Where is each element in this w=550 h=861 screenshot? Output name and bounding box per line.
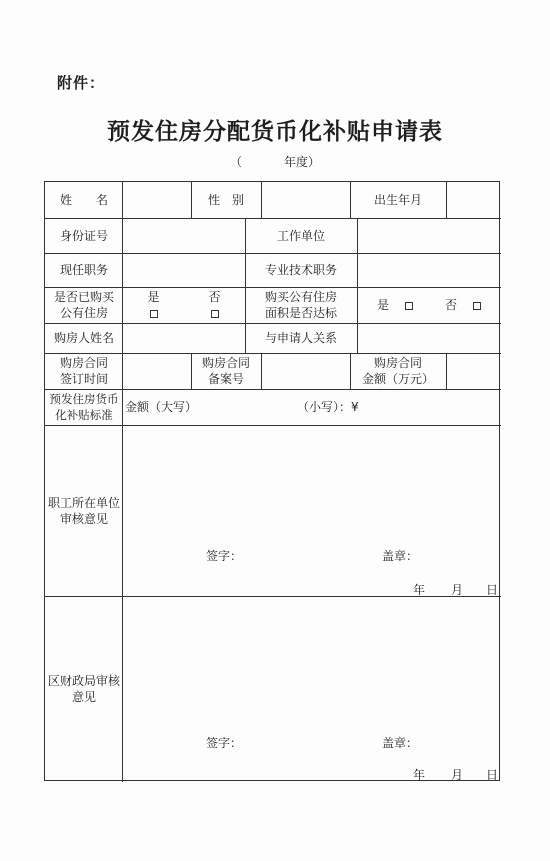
form-title: 预发住房分配货币化补贴申请表	[0, 113, 550, 146]
checkbox-yes[interactable]	[405, 302, 413, 310]
finance-review-sign-label: 签字：	[206, 734, 242, 751]
attachment-label: 附件：	[57, 72, 105, 93]
option-yes[interactable]: 是	[369, 297, 421, 313]
relation-label: 与申请人关系	[245, 323, 357, 353]
gender-field[interactable]	[261, 182, 350, 218]
finance-review-day-label: 日	[486, 766, 498, 783]
area-standard-options: 是 否	[357, 287, 501, 323]
unit-review-seal-label: 盖章：	[382, 547, 418, 564]
contract-amount-field[interactable]	[446, 353, 501, 389]
finance-review-seal-label: 盖章：	[382, 734, 418, 751]
bought-public-housing-label: 是否已购买 公有住房	[45, 287, 123, 323]
unit-review-sign-label: 签字：	[206, 547, 242, 564]
subsidy-standard-label: 预发住房货币 化补贴标准	[45, 389, 123, 425]
finance-review-month-label: 月	[451, 766, 463, 783]
buyer-name-label: 购房人姓名	[45, 323, 123, 353]
option-yes[interactable]: 是	[131, 289, 176, 321]
checkbox-no[interactable]	[211, 310, 219, 318]
contract-amount-label: 购房合同 金额（万元）	[350, 353, 446, 389]
position-field[interactable]	[123, 253, 245, 287]
tech-position-label: 专业技术职务	[245, 253, 357, 287]
finance-review-opinion-area[interactable]	[123, 596, 501, 782]
amount-lower-label: （小写）：¥	[297, 398, 359, 415]
id-number-label: 身份证号	[45, 218, 123, 253]
id-number-field[interactable]	[123, 218, 245, 253]
amount-upper-label: 金额（大写）	[125, 398, 197, 415]
contract-record-no-field[interactable]	[261, 353, 350, 389]
gender-label: 性 别	[191, 182, 261, 218]
unit-review-opinion-area[interactable]	[123, 425, 501, 596]
finance-review-label: 区财政局审核 意见	[45, 596, 123, 782]
work-unit-field[interactable]	[357, 218, 501, 253]
unit-review-label: 职工所在单位 审核意见	[45, 425, 123, 596]
application-form-table: 姓 名 性 别 出生年月 身份证号 工作单位 现任职务 专业技术职务 是否已购买…	[44, 181, 500, 781]
checkbox-no[interactable]	[473, 302, 481, 310]
year-line: （年度）	[0, 153, 550, 170]
area-standard-label: 购买公有住房 面积是否达标	[245, 287, 357, 323]
year-open-paren: （	[230, 155, 242, 169]
checkbox-yes[interactable]	[150, 310, 158, 318]
buyer-name-field[interactable]	[123, 323, 245, 353]
finance-review-year-label: 年	[413, 766, 425, 783]
option-no[interactable]: 否	[437, 297, 489, 313]
bought-public-housing-options: 是 否	[123, 287, 245, 323]
contract-record-no-label: 购房合同 备案号	[191, 353, 261, 389]
contract-sign-time-field[interactable]	[123, 353, 191, 389]
year-label: 年度）	[284, 155, 320, 169]
work-unit-label: 工作单位	[245, 218, 357, 253]
tech-position-field[interactable]	[357, 253, 501, 287]
name-label: 姓 名	[45, 182, 123, 218]
option-no[interactable]: 否	[192, 289, 237, 321]
name-field[interactable]	[123, 182, 191, 218]
birth-field[interactable]	[446, 182, 501, 218]
relation-field[interactable]	[357, 323, 501, 353]
contract-sign-time-label: 购房合同 签订时间	[45, 353, 123, 389]
birth-label: 出生年月	[350, 182, 446, 218]
position-label: 现任职务	[45, 253, 123, 287]
